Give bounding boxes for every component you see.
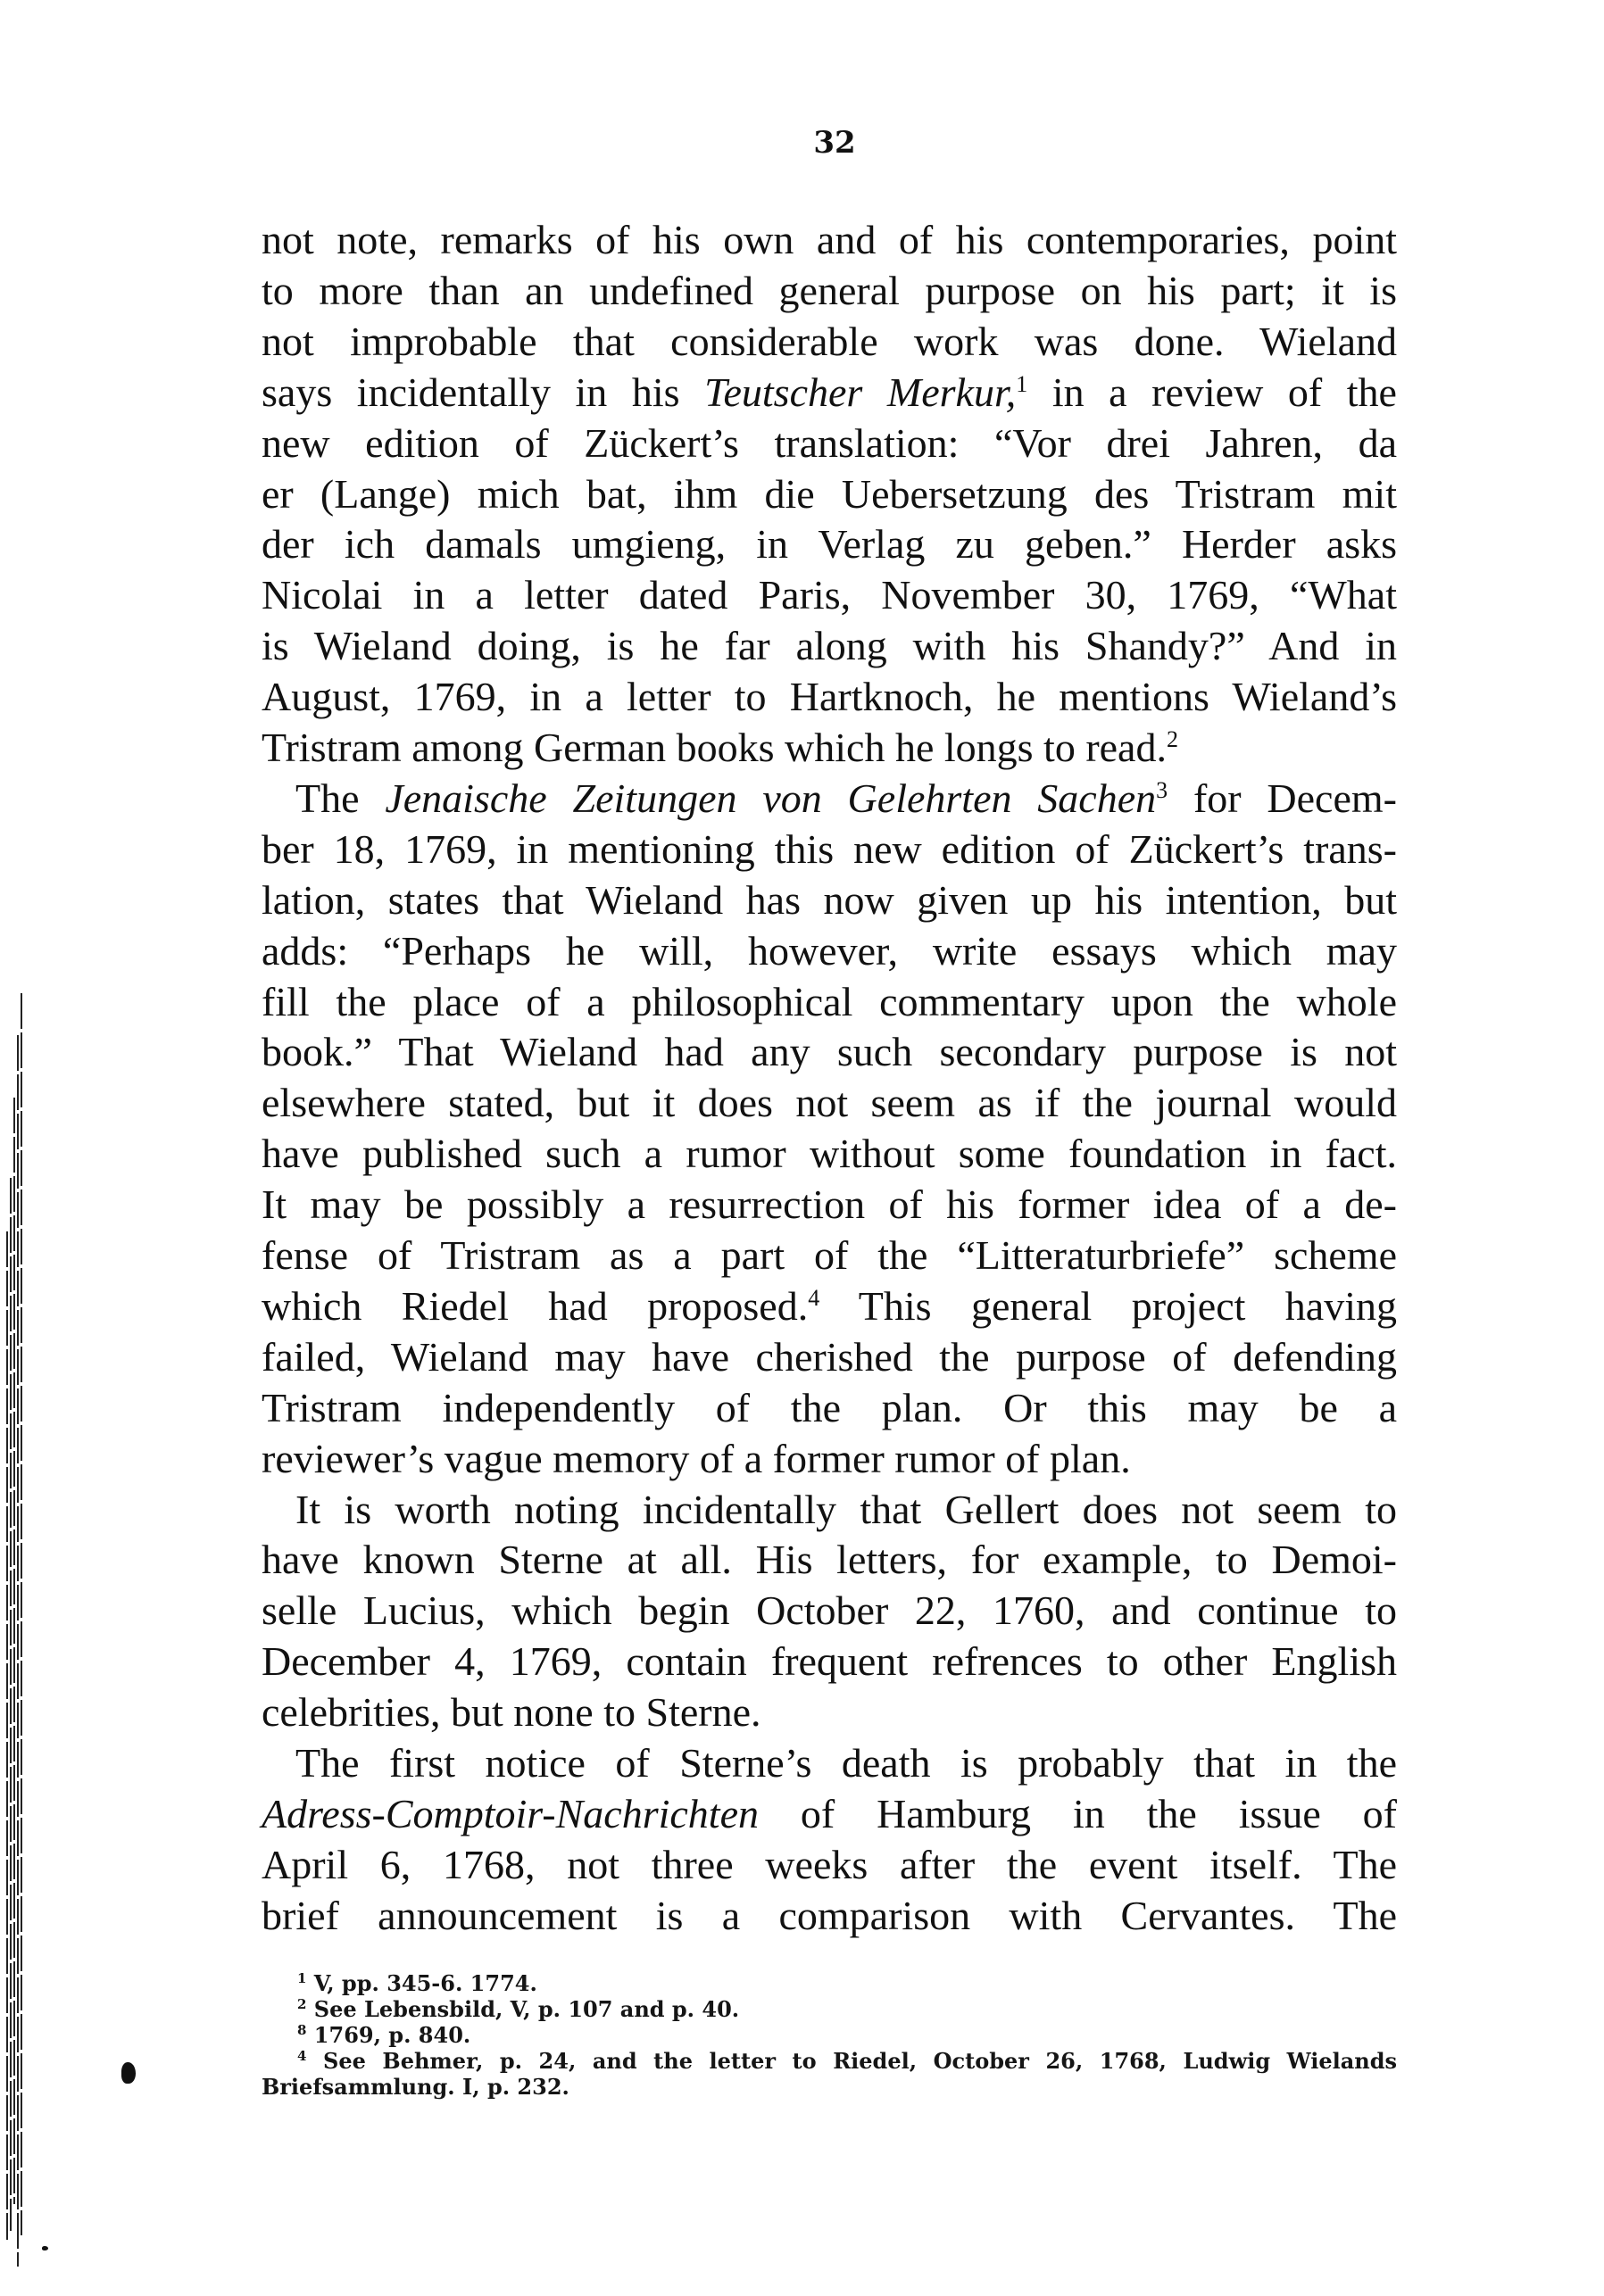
footnote-line: 8 1769, p. 840. [262, 2022, 1433, 2048]
text-line: fense of Tristram as a part of the “Litt… [262, 1230, 1397, 1281]
text-line: not note, remarks of his own and of his … [262, 214, 1397, 265]
page-number: 32 [785, 125, 884, 161]
text-line: August, 1769, in a letter to Hartknoch, … [262, 671, 1397, 722]
text-line-content: celebrities, but none to Sterne. [262, 1687, 1397, 1737]
text-line: have published such a rumor without some… [262, 1128, 1397, 1179]
footnote-content: 1 V, pp. 345-6. 1774. [297, 1970, 537, 1996]
text-line: book.” That Wieland had any such seconda… [262, 1026, 1397, 1077]
text-line: elsewhere stated, but it does not seem a… [262, 1077, 1397, 1128]
text-line-content: not improbable that considerable work wa… [262, 316, 1397, 367]
text-line: Tristram independently of the plan. Or t… [262, 1382, 1397, 1433]
text-line: is Wieland doing, is he far along with h… [262, 620, 1397, 671]
footnote-line: 4 See Behmer, p. 24, and the letter to R… [262, 2048, 1433, 2074]
ink-blot [121, 2062, 136, 2084]
text-line-content: adds: “Perhaps he will, however, write e… [262, 925, 1397, 976]
footnote-content: 4 See Behmer, p. 24, and the letter to R… [297, 2048, 1397, 2074]
scan-edge-line [13, 1098, 15, 2204]
text-line-content: fense of Tristram as a part of the “Litt… [262, 1230, 1397, 1281]
text-line-content: der ich damals umgieng, in Verlag zu geb… [262, 518, 1397, 569]
text-line-content: which Riedel had proposed.4 This general… [262, 1281, 1397, 1331]
text-line: selle Lucius, which begin October 22, 17… [262, 1585, 1397, 1636]
text-line: brief announcement is a comparison with … [262, 1890, 1397, 1941]
text-line: Tristram among German books which he lon… [262, 722, 1397, 773]
text-line-content: Adress-Comptoir-Nachrichten of Hamburg i… [262, 1788, 1397, 1839]
book-page: 32 not note, remarks of his own and of h… [0, 0, 1604, 2296]
text-line: er (Lange) mich bat, ihm die Uebersetzun… [262, 468, 1397, 519]
footnote-line: 2 See Lebensbild, V, p. 107 and p. 40. [262, 1996, 1433, 2022]
text-line: says incidentally in his Teutscher Merku… [262, 367, 1397, 418]
text-line: which Riedel had proposed.4 This general… [262, 1281, 1397, 1331]
text-line: new edition of Zückert’s translation: “V… [262, 418, 1397, 468]
scan-edge-line [10, 1178, 12, 2231]
text-line: lation, states that Wieland has now give… [262, 874, 1397, 925]
footnote-line: 1 V, pp. 345-6. 1774. [262, 1970, 1433, 1996]
text-line: It may be possibly a resurrection of his… [262, 1179, 1397, 1230]
text-line-content: brief announcement is a comparison with … [262, 1890, 1397, 1941]
text-line-content: have known Sterne at all. His letters, f… [262, 1534, 1397, 1585]
text-line-content: lation, states that Wieland has now give… [262, 874, 1397, 925]
text-line: to more than an undefined general purpos… [262, 265, 1397, 316]
text-line: Nicolai in a letter dated Paris, Novembe… [262, 569, 1397, 620]
text-line-content: have published such a rumor without some… [262, 1128, 1397, 1179]
text-line: reviewer’s vague memory of a former rumo… [262, 1433, 1397, 1484]
text-line-content: December 4, 1769, contain frequent refre… [262, 1636, 1397, 1687]
text-line-content: August, 1769, in a letter to Hartknoch, … [262, 671, 1397, 722]
scan-edge-line [21, 993, 22, 2235]
text-line: It is worth noting incidentally that Gel… [262, 1484, 1397, 1535]
text-line: The Jenaische Zeitungen von Gelehrten Sa… [262, 773, 1397, 824]
text-line-content: is Wieland doing, is he far along with h… [262, 620, 1397, 671]
text-line-content: fill the place of a philosophical commen… [262, 976, 1397, 1027]
scan-edge-line [6, 1231, 8, 2240]
text-line-content: The first notice of Sterne’s death is pr… [295, 1737, 1397, 1788]
text-line-content: Tristram among German books which he lon… [262, 722, 1397, 773]
text-line: failed, Wieland may have cherished the p… [262, 1331, 1397, 1382]
text-line: not improbable that considerable work wa… [262, 316, 1397, 367]
text-line-content: selle Lucius, which begin October 22, 17… [262, 1585, 1397, 1636]
text-line-content: not note, remarks of his own and of his … [262, 214, 1397, 265]
text-line: fill the place of a philosophical commen… [262, 976, 1397, 1027]
text-line: celebrities, but none to Sterne. [262, 1687, 1397, 1737]
scan-edge-line [17, 1035, 19, 2267]
text-line: adds: “Perhaps he will, however, write e… [262, 925, 1397, 976]
text-line-content: elsewhere stated, but it does not seem a… [262, 1077, 1397, 1128]
text-line-content: It is worth noting incidentally that Gel… [295, 1484, 1397, 1535]
text-line-content: The Jenaische Zeitungen von Gelehrten Sa… [295, 773, 1397, 824]
text-line-content: book.” That Wieland had any such seconda… [262, 1026, 1397, 1077]
text-line-content: failed, Wieland may have cherished the p… [262, 1331, 1397, 1382]
footnote-line: Briefsammlung. I, p. 232. [262, 2074, 1397, 2100]
text-line-content: ber 18, 1769, in mentioning this new edi… [262, 824, 1397, 874]
text-line-content: er (Lange) mich bat, ihm die Uebersetzun… [262, 468, 1397, 519]
text-line-content: Tristram independently of the plan. Or t… [262, 1382, 1397, 1433]
text-line-content: Nicolai in a letter dated Paris, Novembe… [262, 569, 1397, 620]
text-line-content: It may be possibly a resurrection of his… [262, 1179, 1397, 1230]
ink-blot [42, 2246, 48, 2250]
text-line: Adress-Comptoir-Nachrichten of Hamburg i… [262, 1788, 1397, 1839]
text-line-content: to more than an undefined general purpos… [262, 265, 1397, 316]
text-line-content: new edition of Zückert’s translation: “V… [262, 418, 1397, 468]
text-line: ber 18, 1769, in mentioning this new edi… [262, 824, 1397, 874]
text-line: The first notice of Sterne’s death is pr… [262, 1737, 1397, 1788]
footnote-content: Briefsammlung. I, p. 232. [262, 2074, 569, 2100]
footnote-content: 8 1769, p. 840. [297, 2022, 470, 2048]
text-line-content: says incidentally in his Teutscher Merku… [262, 367, 1397, 418]
footnote-content: 2 See Lebensbild, V, p. 107 and p. 40. [297, 1996, 739, 2022]
text-line: have known Sterne at all. His letters, f… [262, 1534, 1397, 1585]
text-line: der ich damals umgieng, in Verlag zu geb… [262, 518, 1397, 569]
text-line-content: reviewer’s vague memory of a former rumo… [262, 1433, 1397, 1484]
text-line: April 6, 1768, not three weeks after the… [262, 1839, 1397, 1890]
text-line: December 4, 1769, contain frequent refre… [262, 1636, 1397, 1687]
text-line-content: April 6, 1768, not three weeks after the… [262, 1839, 1397, 1890]
